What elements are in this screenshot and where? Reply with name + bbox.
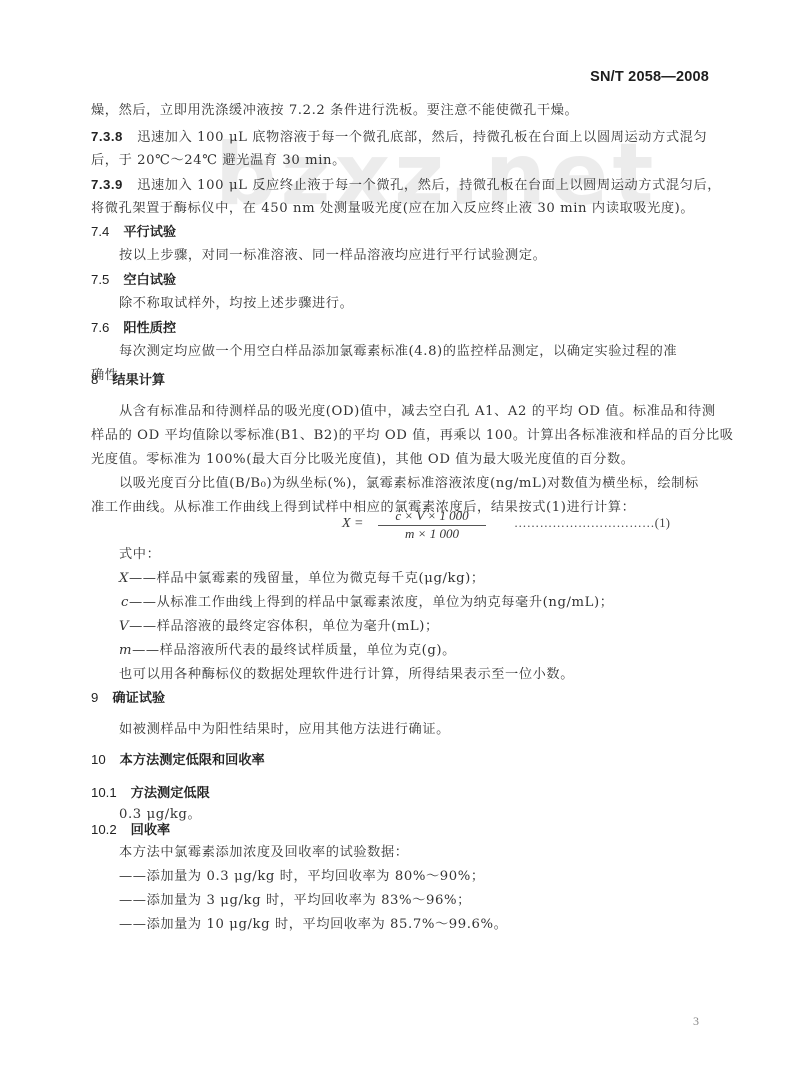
heading-number: 7.4: [91, 224, 109, 239]
equation-number: ……………………………(1): [514, 516, 670, 531]
heading-8-title: 8结果计算: [91, 372, 165, 389]
variable-v: V——样品溶液的最终定容体积，单位为毫升(mL)；: [119, 619, 439, 635]
variable-desc: ——从标准工作曲线上得到的样品中氯霉素浓度，单位为纳克每毫升(ng/mL)；: [129, 595, 614, 610]
heading-10-2: 10.2回收率: [91, 822, 170, 839]
variable-desc: ——样品中氯霉素的残留量，单位为微克每千克(μg/kg)；: [129, 571, 485, 586]
heading-10-1: 10.1方法测定低限: [91, 785, 210, 802]
clause-10-1-body: 0.3 μg/kg。: [119, 807, 201, 823]
heading-title: 阳性质控: [123, 321, 176, 336]
heading-title: 本方法测定低限和回收率: [120, 753, 265, 768]
clause-7-6-line1: 每次测定均应做一个用空白样品添加氯霉素标准(4.8)的监控样品测定，以确定实验过…: [119, 344, 677, 360]
clause-text: 迅速加入 100 μL 反应终止液于每一个微孔，然后，持微孔板在台面上以圆周运动…: [137, 178, 721, 193]
heading-number: 9: [91, 690, 98, 705]
variable-c: c——从标准工作曲线上得到的样品中氯霉素浓度，单位为纳克每毫升(ng/mL)；: [121, 595, 614, 611]
formula-numerator: c × V × 1 000: [378, 508, 486, 526]
clause-7-4-body: 按以上步骤，对同一标准溶液、同一样品溶液均应进行平行试验测定。: [119, 248, 546, 264]
variable-x: X——样品中氯霉素的残留量，单位为微克每千克(μg/kg)；: [119, 571, 485, 587]
clause-8-p1-line1: 从含有标准品和待测样品的吸光度(OD)值中，减去空白孔 A1、A2 的平均 OD…: [119, 404, 716, 420]
formula-lhs: X =: [342, 516, 364, 532]
heading-title: 结果计算: [112, 373, 165, 388]
variable-symbol: V: [119, 619, 129, 634]
clause-8-p2-line2: 准工作曲线。从标准工作曲线上得到试样中相应的氯霉素浓度后，结果按式(1)进行计算…: [91, 500, 635, 516]
heading-number: 7.5: [91, 272, 109, 287]
heading-number: 10: [91, 752, 106, 767]
clause-7-5-body: 除不称取试样外，均按上述步骤进行。: [119, 296, 353, 312]
heading-number: 8: [91, 372, 98, 387]
variable-desc: ——样品溶液所代表的最终试样质量，单位为克(g)。: [132, 643, 456, 658]
clause-9-body: 如被测样品中为阳性结果时，应用其他方法进行确证。: [119, 722, 450, 738]
heading-7-6: 7.6阳性质控: [91, 320, 176, 337]
variable-symbol: c: [121, 595, 129, 610]
heading-title: 平行试验: [123, 225, 176, 240]
variable-symbol: X: [119, 571, 129, 586]
variable-m: m——样品溶液所代表的最终试样质量，单位为克(g)。: [119, 643, 456, 659]
document-page: bzxz.net SN/T 2058—2008 燥，然后，立即用洗涤缓冲液按 7…: [0, 0, 800, 1090]
heading-title: 空白试验: [123, 273, 176, 288]
formula-denominator: m × 1 000: [378, 526, 486, 542]
continuation-line: 燥，然后，立即用洗涤缓冲液按 7.2.2 条件进行洗板。要注意不能使微孔干燥。: [91, 103, 578, 119]
heading-title: 方法测定低限: [131, 786, 210, 801]
clause-8-closing: 也可以用各种酶标仪的数据处理软件进行计算，所得结果表示至一位小数。: [119, 667, 574, 683]
clause-8-p2-line1: 以吸光度百分比值(B/B₀)为纵坐标(%)，氯霉素标准溶液浓度(ng/mL)对数…: [119, 476, 699, 492]
clause-7-3-8-line2: 后，于 20℃～24℃ 避光温育 30 min。: [91, 153, 346, 169]
heading-number: 7.6: [91, 320, 109, 335]
clause-7-3-8-line1: 7.3.8 迅速加入 100 μL 底物溶液于每一个微孔底部，然后，持微孔板在台…: [91, 129, 707, 146]
heading-10: 10本方法测定低限和回收率: [91, 752, 265, 769]
recovery-item: ——添加量为 0.3 μg/kg 时，平均回收率为 80%～90%；: [119, 869, 485, 885]
heading-7-5: 7.5空白试验: [91, 272, 176, 289]
where-label: 式中：: [119, 547, 160, 563]
recovery-item: ——添加量为 3 μg/kg 时，平均回收率为 83%～96%；: [119, 893, 471, 909]
clause-8-p1-line2: 样品的 OD 平均值除以零标准(B1、B2)的平均 OD 值，再乘以 100。计…: [91, 428, 734, 444]
heading-number: 10.1: [91, 785, 117, 800]
formula-fraction: c × V × 1 000 m × 1 000: [378, 508, 486, 542]
clause-number: 7.3.9: [91, 177, 123, 192]
recovery-item: ——添加量为 10 μg/kg 时，平均回收率为 85.7%～99.6%。: [119, 917, 507, 933]
variable-symbol: m: [119, 643, 132, 658]
heading-9: 9确证试验: [91, 690, 165, 707]
variable-desc: ——样品溶液的最终定容体积，单位为毫升(mL)；: [129, 619, 439, 634]
page-number: 3: [693, 1014, 699, 1029]
heading-7-4: 7.4平行试验: [91, 224, 176, 241]
heading-title: 回收率: [131, 823, 171, 838]
heading-number: 10.2: [91, 822, 117, 837]
clause-number: 7.3.8: [91, 129, 123, 144]
heading-title: 确证试验: [112, 691, 165, 706]
clause-10-2-intro: 本方法中氯霉素添加浓度及回收率的试验数据：: [119, 845, 409, 861]
standard-code-header: SN/T 2058—2008: [590, 69, 709, 85]
clause-7-3-9-line2: 将微孔架置于酶标仪中，在 450 nm 处测量吸光度(应在加入反应终止液 30 …: [91, 201, 694, 217]
clause-text: 迅速加入 100 μL 底物溶液于每一个微孔底部，然后，持微孔板在台面上以圆周运…: [137, 130, 707, 145]
clause-7-3-9-line1: 7.3.9 迅速加入 100 μL 反应终止液于每一个微孔，然后，持微孔板在台面…: [91, 177, 721, 194]
clause-8-p1-line3: 光度值。零标准为 100%(最大百分比吸光度值)，其他 OD 值为最大吸光度值的…: [91, 452, 635, 468]
